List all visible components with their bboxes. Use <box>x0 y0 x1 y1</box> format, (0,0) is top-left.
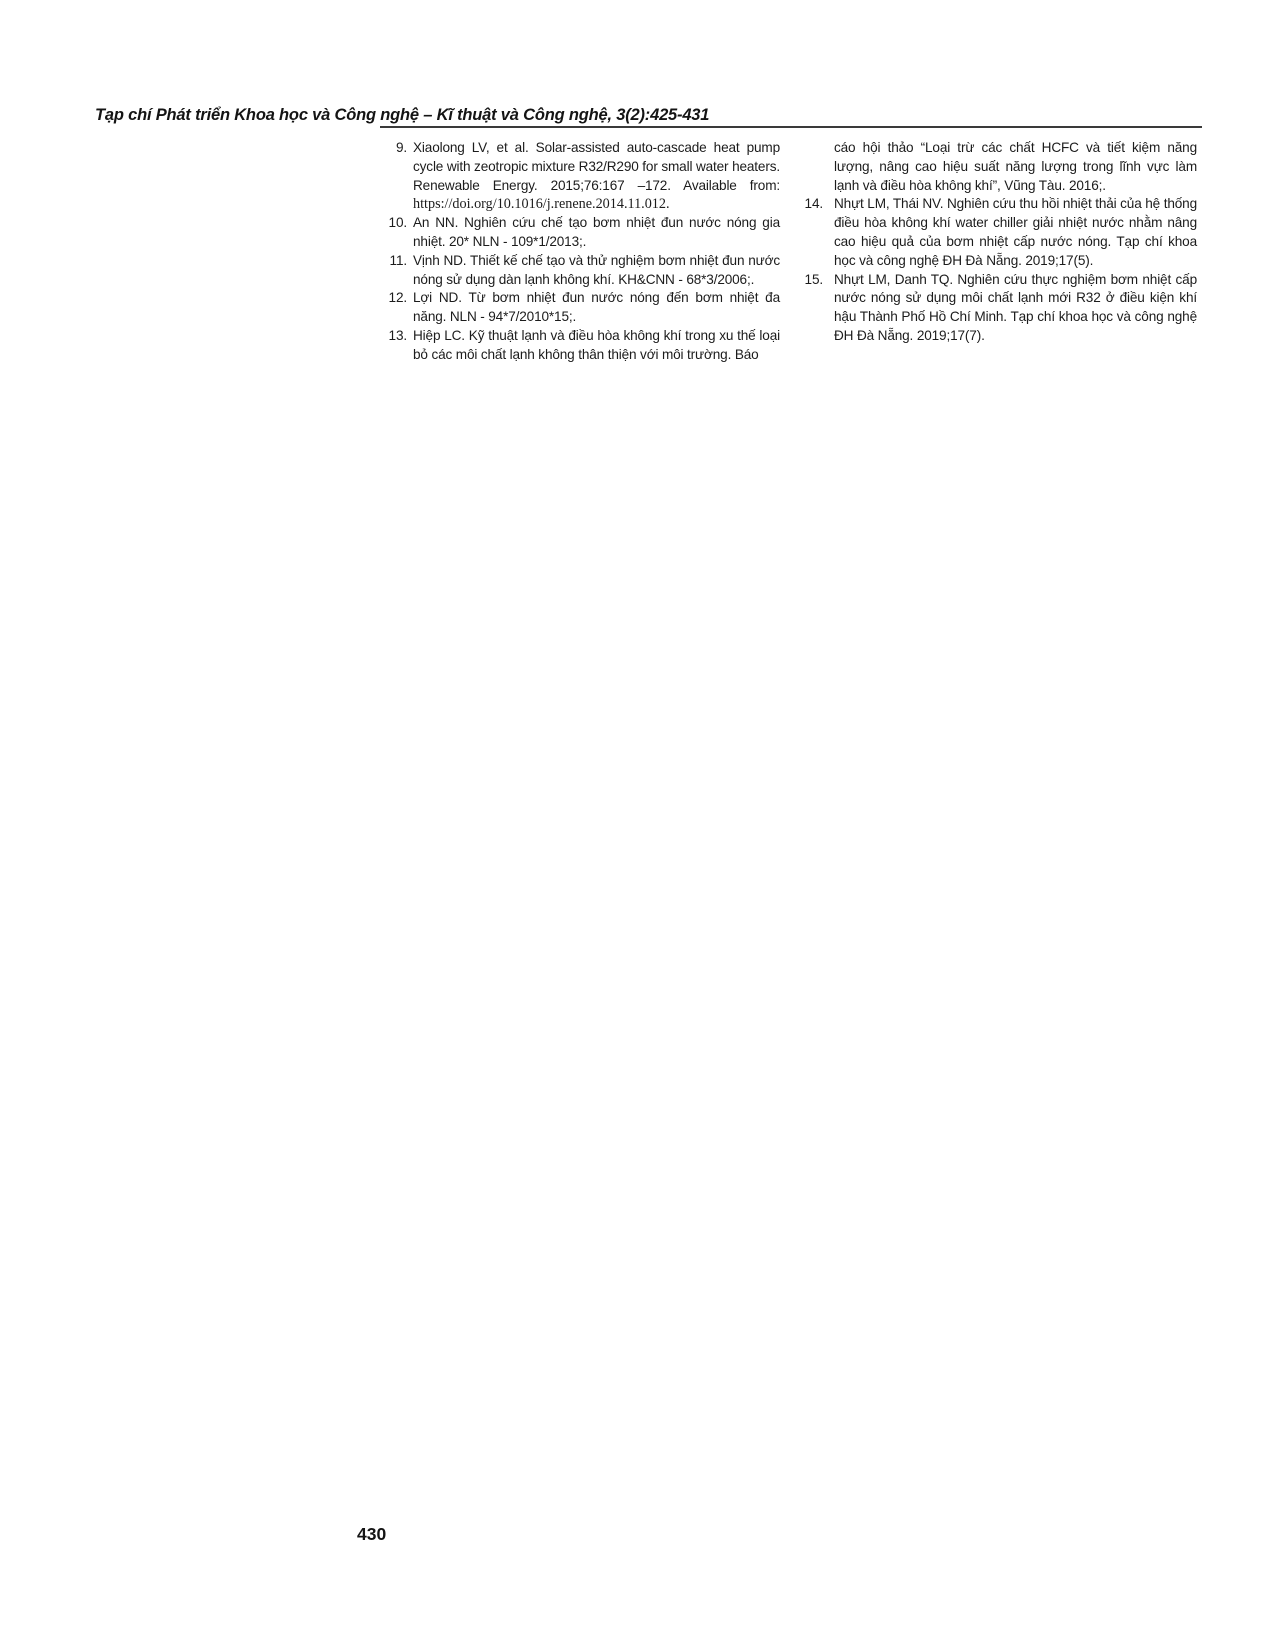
reference-text-segment: An NN. Nghiên cứu chế tạo bơm nhiệt đun … <box>413 215 780 249</box>
reference-text-segment: Nhựt LM, Thái NV. Nghiên cứu thu hồi nhi… <box>834 196 1197 267</box>
references-right-column: cáo hội thảo “Loại trừ các chất HCFC và … <box>788 139 1197 346</box>
reference-text-segment: Xiaolong LV, et al. Solar-assisted auto-… <box>413 140 780 193</box>
reference-text-segment: Hiệp LC. Kỹ thuật lạnh và điều hòa không… <box>413 328 780 362</box>
reference-number: 13. <box>372 327 407 346</box>
reference-text: Nhựt LM, Danh TQ. Nghiên cứu thực nghiệm… <box>834 271 1197 346</box>
reference-number: 15. <box>788 271 823 290</box>
reference-number: 9. <box>372 139 407 158</box>
reference-item: 15.Nhựt LM, Danh TQ. Nghiên cứu thực ngh… <box>788 271 1197 346</box>
header-rule <box>380 126 1202 128</box>
reference-text: An NN. Nghiên cứu chế tạo bơm nhiệt đun … <box>413 214 780 252</box>
page-number: 430 <box>357 1524 386 1545</box>
reference-item: 14.Nhựt LM, Thái NV. Nghiên cứu thu hồi … <box>788 195 1197 270</box>
reference-item: 10.An NN. Nghiên cứu chế tạo bơm nhiệt đ… <box>372 214 780 252</box>
reference-text: cáo hội thảo “Loại trừ các chất HCFC và … <box>834 139 1197 195</box>
reference-text: Lợi ND. Từ bơm nhiệt đun nước nóng đến b… <box>413 289 780 327</box>
reference-text: Hiệp LC. Kỹ thuật lạnh và điều hòa không… <box>413 327 780 365</box>
reference-item: 9.Xiaolong LV, et al. Solar-assisted aut… <box>372 139 780 214</box>
reference-text-segment: Vịnh ND. Thiết kế chế tạo và thử nghiệm … <box>413 253 780 287</box>
reference-text: Nhựt LM, Thái NV. Nghiên cứu thu hồi nhi… <box>834 195 1197 270</box>
reference-item: cáo hội thảo “Loại trừ các chất HCFC và … <box>788 139 1197 195</box>
reference-text-segment: Lợi ND. Từ bơm nhiệt đun nước nóng đến b… <box>413 290 780 324</box>
reference-number: 11. <box>372 252 407 271</box>
reference-text: Vịnh ND. Thiết kế chế tạo và thử nghiệm … <box>413 252 780 290</box>
reference-item: 13.Hiệp LC. Kỹ thuật lạnh và điều hòa kh… <box>372 327 780 365</box>
doi-link-text: https://doi.org/10.1016/j.renene.2014.11… <box>413 196 670 212</box>
reference-item: 12.Lợi ND. Từ bơm nhiệt đun nước nóng đế… <box>372 289 780 327</box>
reference-item: 11.Vịnh ND. Thiết kế chế tạo và thử nghi… <box>372 252 780 290</box>
reference-text-segment: cáo hội thảo “Loại trừ các chất HCFC và … <box>834 140 1197 193</box>
reference-number: 14. <box>788 195 823 214</box>
reference-text-segment: Nhựt LM, Danh TQ. Nghiên cứu thực nghiệm… <box>834 272 1197 343</box>
references-left-column: 9.Xiaolong LV, et al. Solar-assisted aut… <box>372 139 780 365</box>
reference-number: 12. <box>372 289 407 308</box>
journal-page: Tạp chí Phát triển Khoa học và Công nghệ… <box>0 0 1276 1649</box>
reference-number: 10. <box>372 214 407 233</box>
journal-header-title: Tạp chí Phát triển Khoa học và Công nghệ… <box>95 105 709 125</box>
reference-text: Xiaolong LV, et al. Solar-assisted auto-… <box>413 139 780 214</box>
